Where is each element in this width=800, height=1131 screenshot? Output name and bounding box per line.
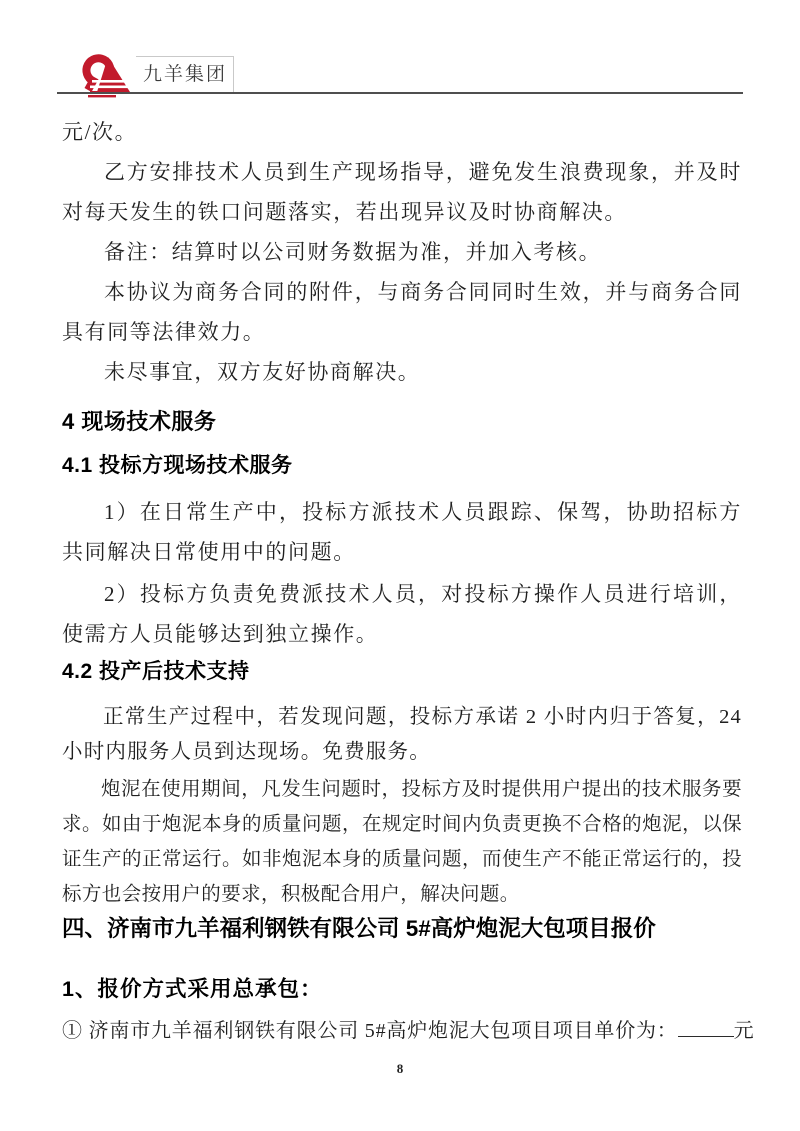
paragraph-agreement-attachment: 本协议为商务合同的附件，与商务合同同时生效，并与商务合同具有同等法律效力。 (62, 272, 742, 352)
paragraph-tech-guidance: 乙方安排技术人员到生产现场指导，避免发生浪费现象，并及时对每天发生的铁口问题落实… (62, 152, 742, 232)
heading-4-onsite-tech-service: 4 现场技术服务 (62, 408, 742, 436)
heading-4-2-post-production-support: 4.2 投产后技术支持 (62, 658, 742, 686)
paragraph-daily-production: 1）在日常生产中，投标方派技术人员跟踪、保驾，协助招标方共同解决日常使用中的问题… (62, 492, 742, 572)
document-body: 元/次。 乙方安排技术人员到生产现场指导，避免发生浪费现象，并及时对每天发生的铁… (62, 112, 742, 1046)
quote-item-line: ① 济南市九羊福利钢铁有限公司 5#高炉炮泥大包项目项目单价为：元 (62, 1016, 742, 1046)
paragraph-yuan-per-time: 元/次。 (62, 112, 742, 152)
page-footer: 8 (0, 1061, 800, 1077)
quote-item-suffix: 元 (734, 1020, 755, 1042)
paragraph-free-training: 2）投标方负责免费派技术人员，对投标方操作人员进行培训，使需方人员能够达到独立操… (62, 574, 742, 654)
paragraph-unsettled-matters: 未尽事宜，双方友好协商解决。 (62, 352, 742, 392)
heading-4-1-bidder-onsite-service: 4.1 投标方现场技术服务 (62, 452, 742, 480)
paragraph-response-time: 正常生产过程中，若发现问题，投标方承诺 2 小时内归于答复，24 小时内服务人员… (62, 700, 742, 770)
page-number: 8 (397, 1061, 404, 1076)
quote-item-prefix: ① 济南市九羊福利钢铁有限公司 5#高炉炮泥大包项目项目单价为： (62, 1020, 678, 1042)
heading-quote-method: 1、报价方式采用总承包： (62, 974, 742, 1004)
company-name: 九羊集团 (143, 60, 227, 94)
price-blank-field (678, 1016, 734, 1037)
document-page: 九羊集团 元/次。 乙方安排技术人员到生产现场指导，避免发生浪费现象，并及时对每… (0, 0, 800, 1131)
paragraph-remark: 备注：结算时以公司财务数据为准，并加入考核。 (62, 232, 742, 272)
paragraph-mud-quality: 炮泥在使用期间，凡发生问题时，投标方及时提供用户提出的技术服务要求。如由于炮泥本… (62, 772, 742, 912)
header-divider (57, 92, 743, 94)
heading-section-4-quote: 四、济南市九羊福利钢铁有限公司 5#高炉炮泥大包项目报价 (62, 914, 742, 944)
